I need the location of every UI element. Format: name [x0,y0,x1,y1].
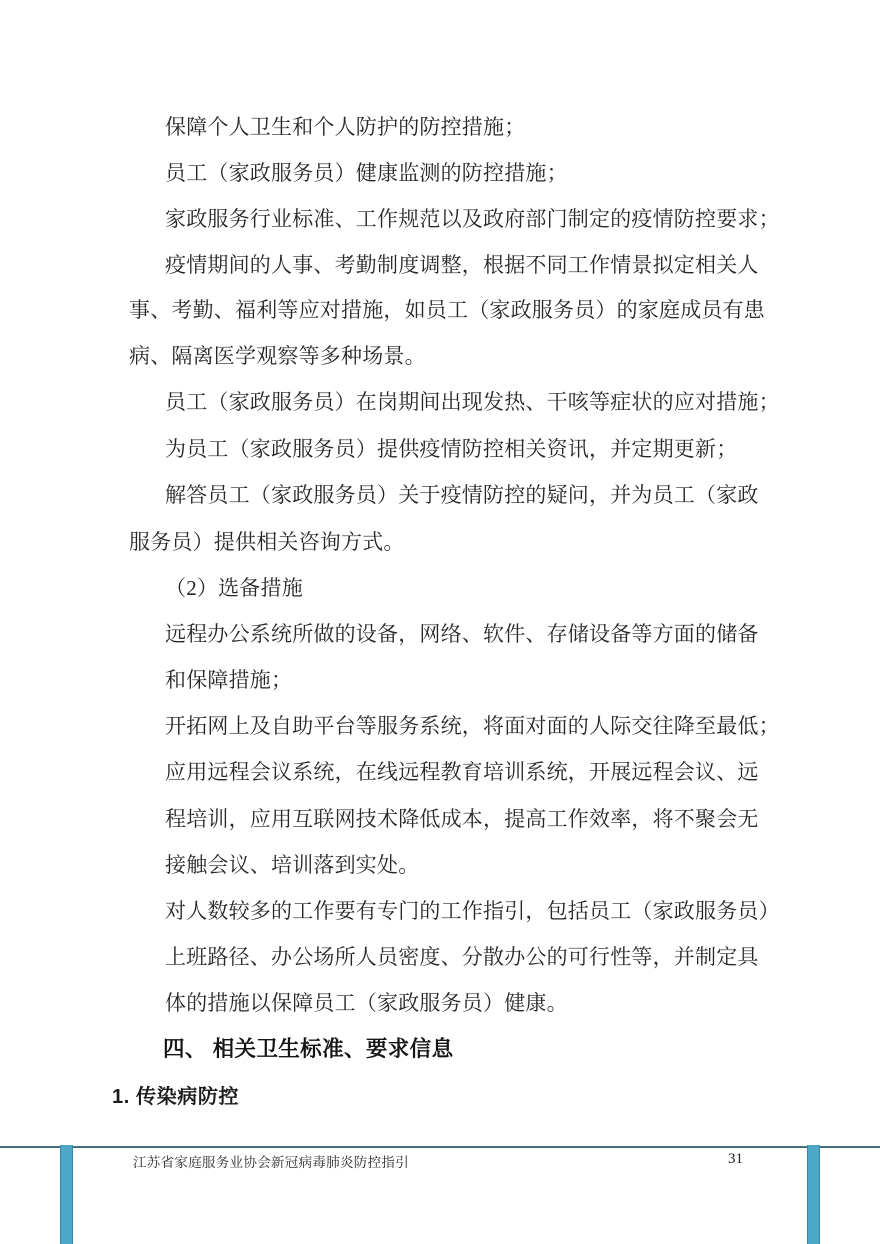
section-heading: 四、 相关卫生标准、要求信息 [163,1039,453,1061]
subsection-heading: 1. 传染病防控 [112,1087,239,1107]
text-line: 疫情期间的人事、考勤制度调整，根据不同工作情景拟定相关人 [165,255,759,276]
text-line: 体的措施以保障员工（家政服务员）健康。 [165,993,568,1014]
text-line: 接触会议、培训落到实处。 [165,855,419,876]
text-line: 事、考勤、福利等应对措施，如员工（家政服务员）的家庭成员有患 [129,300,765,321]
text-line: 服务员）提供相关咨询方式。 [129,532,405,553]
text-line: 应用远程会议系统，在线远程教育培训系统，开展远程会议、远 [165,762,759,783]
text-line: （2）选备措施 [165,578,303,599]
footer-page-number: 31 [728,1152,743,1167]
text-line: 远程办公系统所做的设备，网络、软件、存储设备等方面的储备 [165,624,759,645]
footer-doc-title: 江苏省家庭服务业协会新冠病毒肺炎防控指引 [133,1156,409,1170]
text-line: 为员工（家政服务员）提供疫情防控相关资讯，并定期更新； [165,439,737,460]
text-line: 员工（家政服务员）健康监测的防控措施； [165,163,568,184]
text-line: 员工（家政服务员）在岗期间出现发热、干咳等症状的应对措施； [165,392,780,413]
left-accent-bar [60,1145,73,1244]
text-line: 和保障措施； [165,670,292,691]
text-line: 病、隔离医学观察等多种场景。 [129,346,426,367]
right-accent-bar [807,1145,820,1244]
text-line: 保障个人卫生和个人防护的防控措施； [165,117,525,138]
text-line: 家政服务行业标准、工作规范以及政府部门制定的疫情防控要求； [165,209,780,230]
footer-divider [0,1146,880,1148]
text-line: 对人数较多的工作要有专门的工作指引，包括员工（家政服务员） [165,901,780,922]
text-line: 开拓网上及自助平台等服务系统，将面对面的人际交往降至最低； [165,716,780,737]
text-line: 解答员工（家政服务员）关于疫情防控的疑问，并为员工（家政 [165,485,759,506]
text-line: 上班路径、办公场所人员密度、分散办公的可行性等，并制定具 [165,947,759,968]
text-line: 程培训，应用互联网技术降低成本，提高工作效率，将不聚会无 [165,809,759,830]
document-page: 保障个人卫生和个人防护的防控措施；员工（家政服务员）健康监测的防控措施；家政服务… [0,0,880,1244]
